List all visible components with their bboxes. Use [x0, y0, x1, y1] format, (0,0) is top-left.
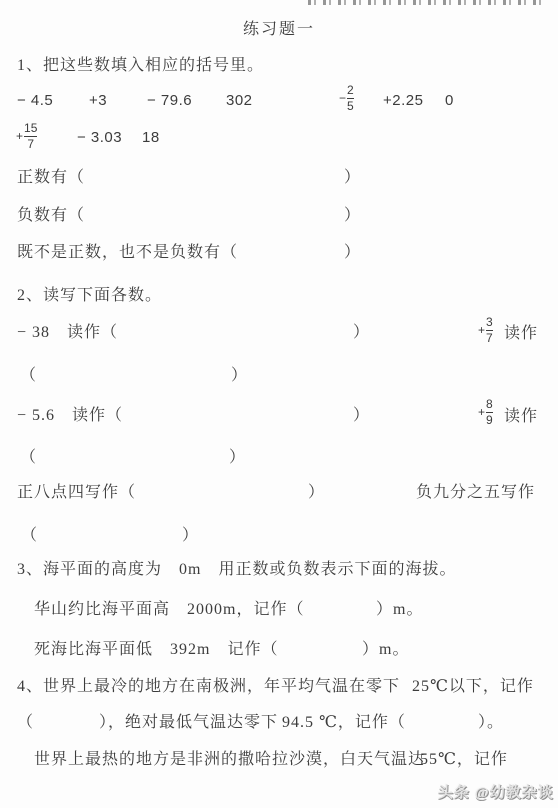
- q2-line-d-close-paren: ）: [229, 448, 246, 467]
- fraction-numerator: 3: [486, 316, 493, 328]
- q4-line3-right: 55℃，记作: [420, 750, 508, 769]
- fraction-sign: −: [339, 92, 346, 104]
- q1-positive-label: 正数有（: [17, 168, 85, 187]
- q1-num-pos-2-25: +2.25: [383, 92, 423, 110]
- q1-num-neg-4-5: − 4.5: [17, 92, 53, 110]
- fraction-sign: +: [478, 324, 485, 336]
- fraction-numerator: 8: [486, 398, 493, 410]
- q1-positive-close-paren: ）: [344, 168, 361, 187]
- fraction-denominator: 7: [27, 138, 34, 150]
- fraction-stack: 15 7: [24, 122, 37, 150]
- q2-line-b-open-paren: （: [20, 366, 37, 385]
- q4-line2-mid: ），绝对最低气温达零下: [99, 713, 278, 732]
- fraction-stack: 2 5: [347, 84, 354, 112]
- fraction-stack: 3 7: [486, 316, 493, 344]
- q2-line-c-close-paren: ）: [353, 406, 370, 425]
- worksheet-page: 练习题一 1、把这些数填入相应的括号里。 − 4.5 +3 − 79.6 302…: [0, 0, 558, 808]
- fraction-stack: 8 9: [486, 398, 493, 426]
- q2-line-c-left: − 5.6 读作（: [17, 406, 123, 425]
- q1-fraction-pos-15-7: + 15 7: [16, 122, 37, 150]
- q4-line2-close-paren: ）。: [478, 713, 504, 732]
- q1-neither-close-paren: ）: [344, 243, 361, 262]
- q1-fraction-neg-2-5: − 2 5: [339, 84, 354, 112]
- q1-num-pos-3: +3: [89, 92, 107, 110]
- q3-deadsea-right: ）m。: [362, 640, 409, 659]
- q1-negative-label: 负数有（: [17, 206, 85, 225]
- fraction-numerator: 2: [347, 84, 354, 96]
- q2-line-a-left: − 38 读作（: [17, 323, 118, 342]
- q3-huashan-right: ）m。: [376, 600, 423, 619]
- q2-line-d-open-paren: （: [20, 448, 37, 467]
- q1-neither-label: 既不是正数，也不是负数有（: [17, 243, 238, 262]
- q1-num-18: 18: [142, 129, 160, 147]
- q2-line-e-left: 正八点四写作（: [17, 483, 136, 502]
- fraction-denominator: 7: [486, 332, 493, 344]
- q4-line2-value: 94.5 ℃，记作（: [282, 713, 406, 732]
- q2-line-e-close-paren: ）: [308, 483, 325, 502]
- q4-line2-open-paren: （: [17, 713, 34, 732]
- worksheet-title: 练习题一: [0, 16, 558, 39]
- toutiao-watermark: 头条 @幼教杂谈: [438, 781, 554, 802]
- q2-line-a-duzuo-label: 读作: [504, 324, 538, 343]
- q4-line3-left: 世界上最热的地方是非洲的撒哈拉沙漠，白天气温达: [34, 750, 425, 769]
- fraction-denominator: 5: [347, 100, 354, 112]
- q1-num-0: 0: [445, 92, 454, 110]
- q1-num-neg-79-6: − 79.6: [147, 92, 192, 110]
- fraction-sign: +: [478, 406, 485, 418]
- fraction-denominator: 9: [486, 414, 493, 426]
- q3-heading: 3、海平面的高度为 0m 用正数或负数表示下面的海拔。: [17, 560, 456, 579]
- q2-line-f-close-paren: ）: [182, 526, 199, 545]
- q4-line1-right: 25℃以下，记作: [412, 677, 534, 696]
- q1-negative-close-paren: ）: [344, 206, 361, 225]
- q4-line1-left: 4、世界上最冷的地方在南极洲，年平均气温在零下: [17, 677, 400, 696]
- clipped-header-fragment: [308, 0, 548, 5]
- q2-heading: 2、读写下面各数。: [17, 286, 162, 305]
- q2-line-a-close-paren: ）: [353, 323, 370, 342]
- q2-line-f-open-paren: （: [21, 526, 38, 545]
- q2-fraction-pos-3-7: + 3 7: [478, 316, 493, 344]
- q2-fraction-pos-8-9: + 8 9: [478, 398, 493, 426]
- q1-num-neg-3-03: − 3.03: [77, 129, 122, 147]
- q3-huashan-left: 华山约比海平面高 2000m，记作（: [34, 600, 304, 619]
- q2-line-b-close-paren: ）: [231, 366, 248, 385]
- q2-line-c-duzuo-label: 读作: [504, 407, 538, 426]
- fraction-sign: +: [16, 130, 23, 142]
- q3-deadsea-left: 死海比海平面低 392m 记作（: [34, 640, 278, 659]
- q1-heading: 1、把这些数填入相应的括号里。: [17, 56, 264, 75]
- fraction-numerator: 15: [24, 122, 37, 134]
- q1-num-302: 302: [226, 92, 253, 110]
- q2-line-e-right: 负九分之五写作: [416, 483, 535, 502]
